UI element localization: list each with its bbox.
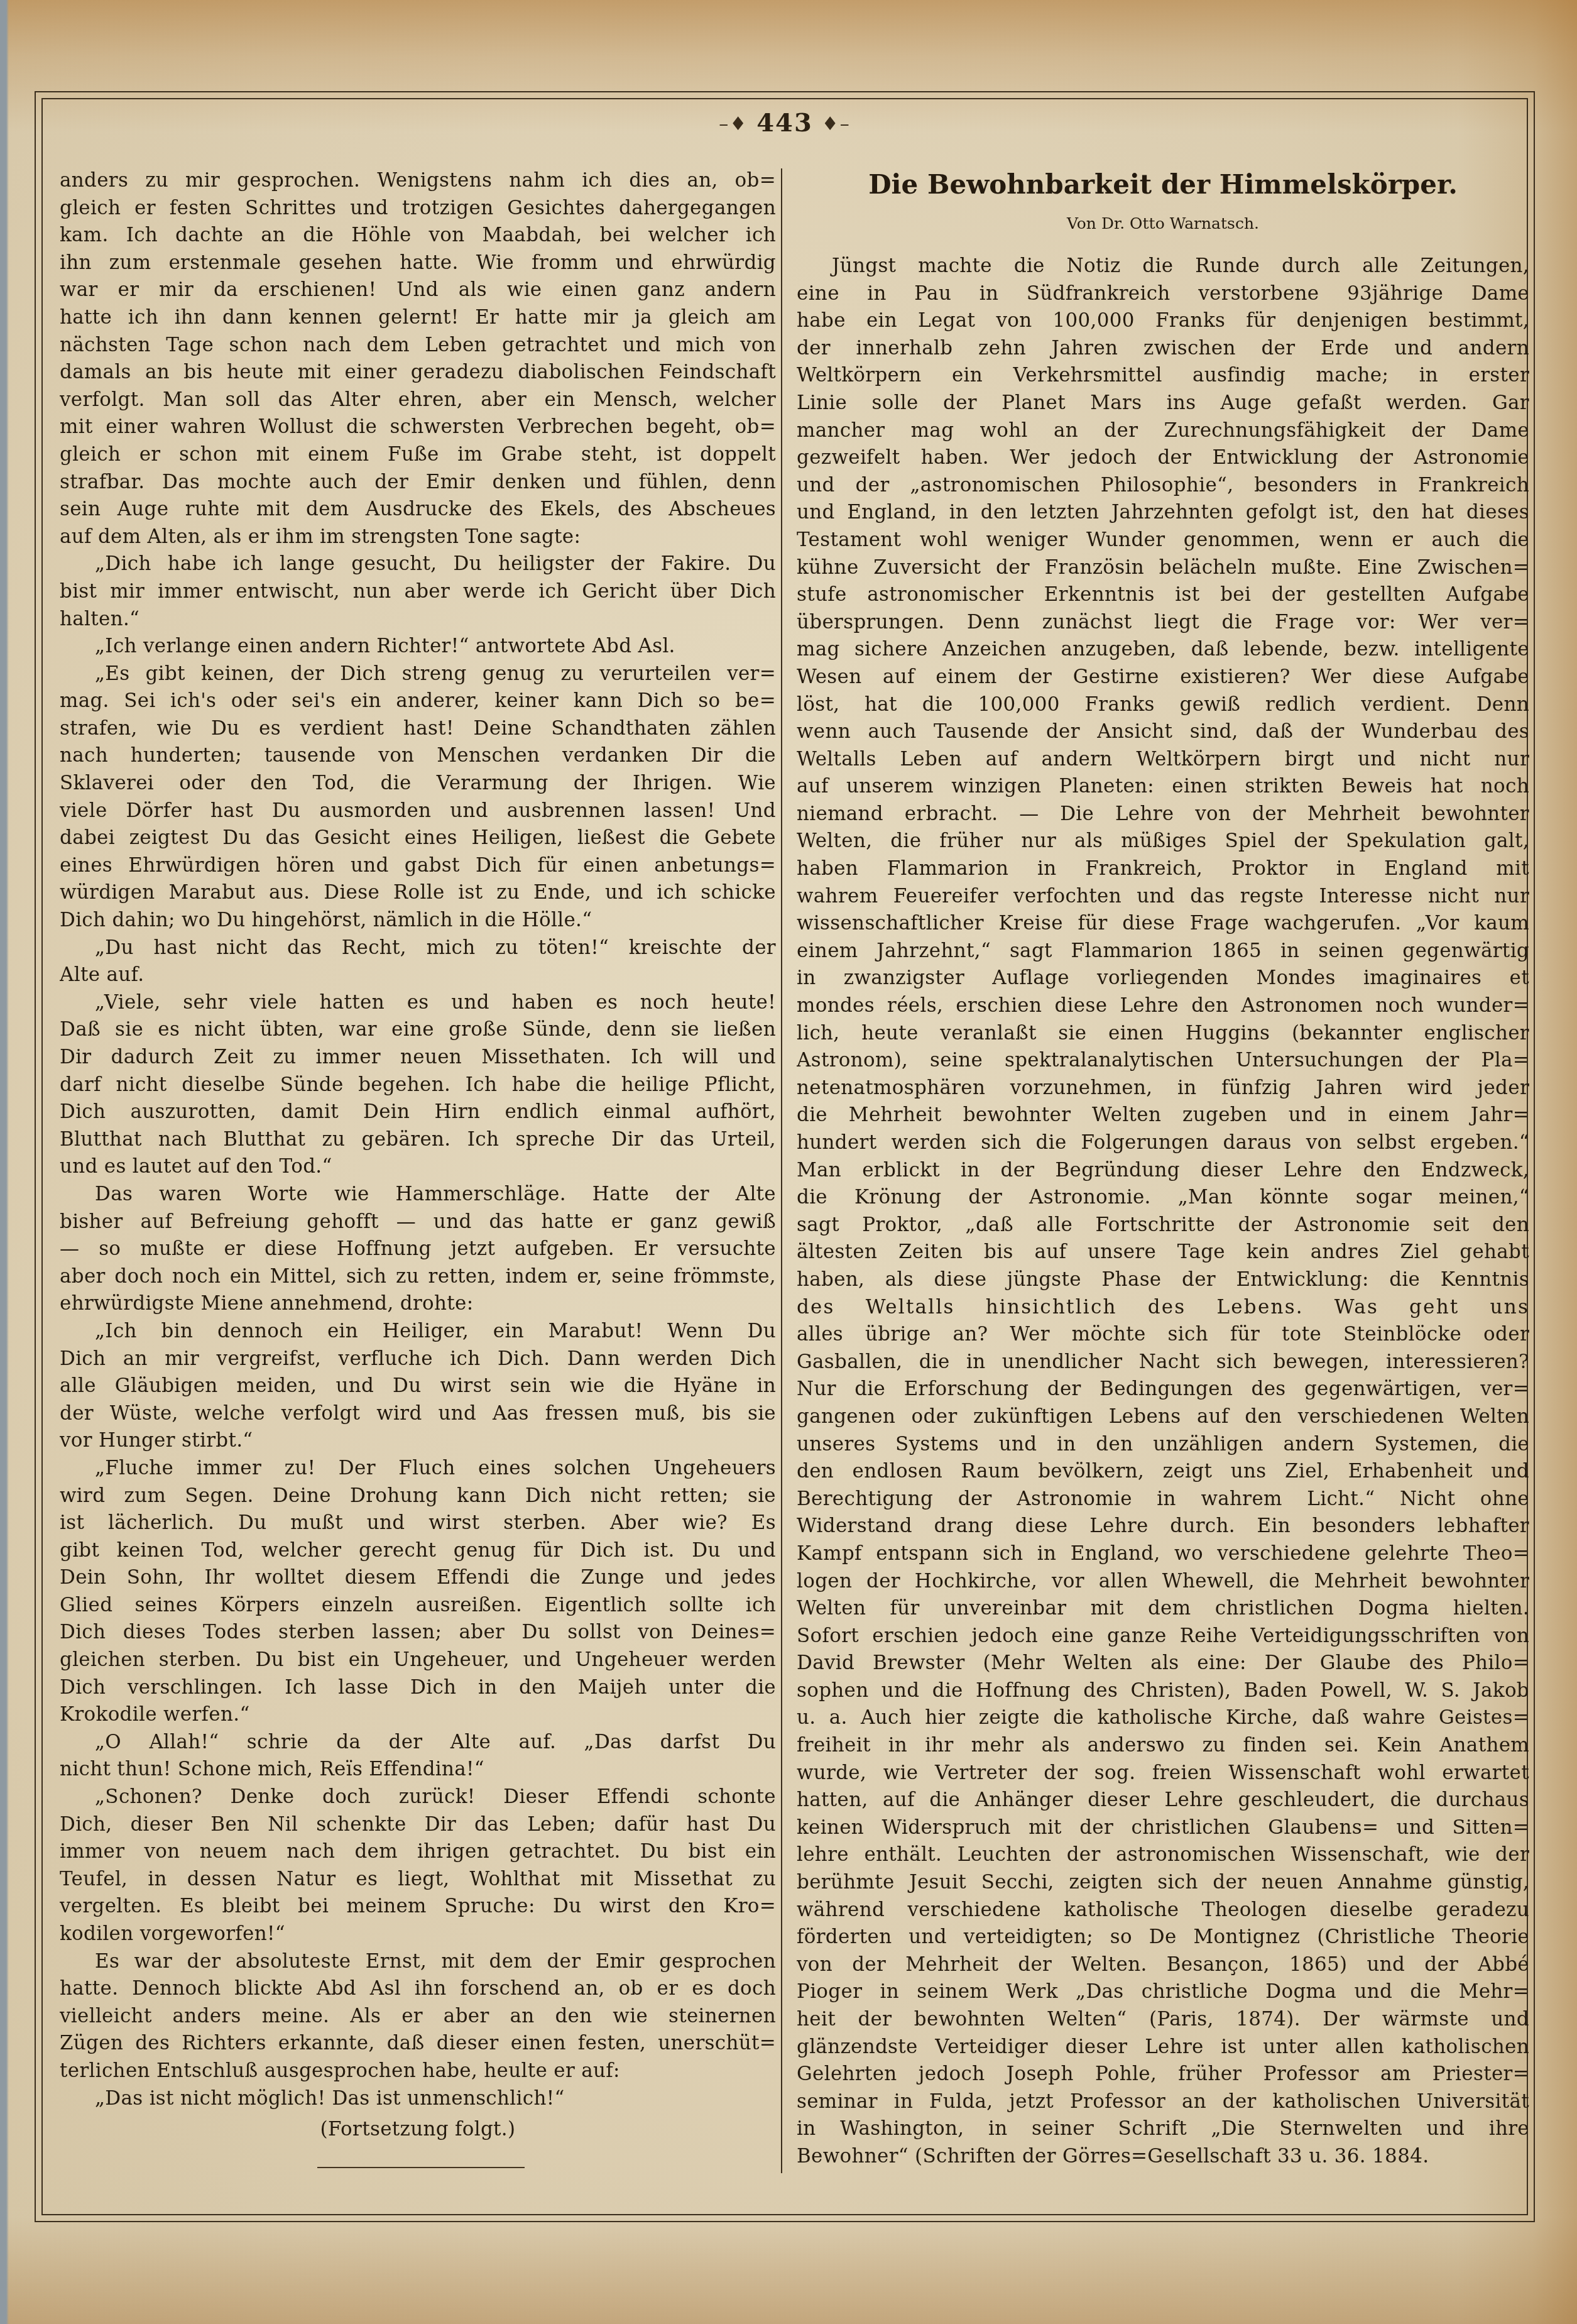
text-line: Dich an mir vergreifst, verfluche ich Di… [60, 1346, 776, 1373]
text-line: „Du hast nicht das Recht, mich zu töten!… [60, 935, 776, 962]
text-line: sein Auge ruhte mit dem Ausdrucke des Ek… [60, 496, 776, 523]
text-line: löst, hat die 100,000 Franks gewiß redli… [797, 691, 1529, 719]
text-line: Blutthat nach Blutthat zu gebären. Ich s… [60, 1126, 776, 1154]
text-line: Krokodile werfen.“ [60, 1701, 776, 1729]
text-line: haben, als diese jüngste Phase der Entwi… [797, 1266, 1529, 1294]
text-line: Pioger in seinem Werk „Das christliche D… [797, 1978, 1529, 2006]
text-line: Zügen des Richters erkannte, daß dieser … [60, 2030, 776, 2058]
text-line: Jüngst machte die Notiz die Runde durch … [797, 253, 1529, 280]
text-line: aber doch noch ein Mittel, sich zu rette… [60, 1263, 776, 1291]
text-line: mondes réels, erschien diese Lehre den A… [797, 992, 1529, 1020]
text-line: glänzendste Verteidiger dieser Lehre ist… [797, 2034, 1529, 2061]
text-line: Welten, die früher nur als müßiges Spiel… [797, 828, 1529, 855]
header-ornament-left-icon: –♦ [710, 113, 756, 135]
text-line: in zwanzigster Auflage vorliegenden Mond… [797, 965, 1529, 992]
text-line: bisher auf Befreiung gehofft — und das h… [60, 1209, 776, 1236]
text-line: gezweifelt haben. Wer jedoch der Entwick… [797, 444, 1529, 472]
text-line: eine in Pau in Südfrankreich verstorbene… [797, 280, 1529, 308]
text-line: der innerhalb zehn Jahren zwischen der E… [797, 335, 1529, 363]
text-line: Daß sie es nicht übten, war eine große S… [60, 1016, 776, 1044]
text-line: wahrem Feuereifer verfochten und das reg… [797, 883, 1529, 911]
text-line: u. a. Auch hier zeigte die katholische K… [797, 1704, 1529, 1732]
text-line: ehrwürdigste Miene annehmend, drohte: [60, 1290, 776, 1318]
text-line: Testament wohl weniger Wunder genommen, … [797, 527, 1529, 554]
text-line: logen der Hochkirche, vor allen Whewell,… [797, 1568, 1529, 1596]
text-line: netenatmosphären vorzunehmen, in fünfzig… [797, 1075, 1529, 1102]
text-line: anders zu mir gesprochen. Wenigstens nah… [60, 167, 776, 195]
text-line: mancher mag wohl an der Zurechnungsfähig… [797, 417, 1529, 445]
text-line: Berechtigung der Astronomie in wahrem Li… [797, 1486, 1529, 1513]
text-line: lich, heute veranlaßt sie einen Huggins … [797, 1020, 1529, 1048]
text-line: seminar in Fulda, jetzt Professor an der… [797, 2088, 1529, 2116]
text-line: Gelehrten jedoch Joseph Pohle, früher Pr… [797, 2061, 1529, 2088]
text-line: Linie solle der Planet Mars ins Auge gef… [797, 390, 1529, 417]
page-number: 443 [756, 108, 813, 138]
text-line: hatte. Dennoch blickte Abd Asl ihn forsc… [60, 1975, 776, 2003]
text-line: (Fortsetzung folgt.) [60, 2116, 776, 2144]
text-line: Das waren Worte wie Hammerschläge. Hatte… [60, 1181, 776, 1209]
text-line: keinen Widerspruch mit der christlichen … [797, 1814, 1529, 1842]
text-line: Weltkörpern ein Verkehrsmittel ausfindig… [797, 362, 1529, 390]
text-line: „Schonen? Denke doch zurück! Dieser Effe… [60, 1784, 776, 1811]
text-line: Nur die Erforschung der Bedingungen des … [797, 1376, 1529, 1403]
text-line: vergelten. Es bleibt bei meinem Spruche:… [60, 1893, 776, 1921]
text-line: „Das ist nicht möglich! Das ist unmensch… [60, 2085, 776, 2113]
text-line: heit der bewohnten Welten“ (Paris, 1874)… [797, 2006, 1529, 2034]
text-line: mag sichere Anzeichen anzugeben, daß leb… [797, 636, 1529, 664]
text-line: Es war der absoluteste Ernst, mit dem de… [60, 1948, 776, 1976]
text-line: gleich er festen Schrittes und trotzigen… [60, 195, 776, 222]
text-line: „Ich bin dennoch ein Heiliger, ein Marab… [60, 1318, 776, 1346]
text-line: übersprungen. Denn zunächst liegt die Fr… [797, 609, 1529, 637]
text-line: viele Dörfer hast Du ausmorden und ausbr… [60, 798, 776, 825]
text-line: Dich, dieser Ben Nil schenkte Dir das Le… [60, 1811, 776, 1839]
text-line: habe ein Legat von 100,000 Franks für de… [797, 307, 1529, 335]
text-line: ältesten Zeiten bis auf unsere Tage kein… [797, 1239, 1529, 1266]
text-line: damals an bis heute mit einer geradezu d… [60, 359, 776, 386]
text-line: mag. Sei ich's oder sei's ein anderer, k… [60, 688, 776, 715]
text-line: alle Gläubigen meiden, und Du wirst sein… [60, 1373, 776, 1400]
text-line: auf unserem winzigen Planeten: einen str… [797, 773, 1529, 801]
text-line: stufe astronomischer Erkenntnis ist bei … [797, 581, 1529, 609]
text-line: vielleicht anders meine. Als er aber an … [60, 2003, 776, 2031]
text-line: unseres Systems und in den unzähligen an… [797, 1431, 1529, 1459]
text-line: und der „astronomischen Philosophie“, be… [797, 472, 1529, 500]
text-line: „Ich verlange einen andern Richter!“ ant… [60, 633, 776, 660]
text-line: Sklaverei oder den Tod, die Verarmung de… [60, 770, 776, 798]
text-line: David Brewster (Mehr Welten als eine: De… [797, 1650, 1529, 1677]
text-line: die Mehrheit bewohnter Welten zugeben un… [797, 1102, 1529, 1129]
text-line: „Es gibt keinen, der Dich streng genug z… [60, 660, 776, 688]
text-line: — so mußte er diese Hoffnung jetzt aufge… [60, 1236, 776, 1263]
text-line: und England, in den letzten Jahrzehnten … [797, 499, 1529, 527]
article-body: Jüngst machte die Notiz die Runde durch … [797, 253, 1529, 2171]
text-line: strafbar. Das mochte auch der Emir denke… [60, 469, 776, 496]
text-line: Man erblickt in der Begründung dieser Le… [797, 1157, 1529, 1185]
article-title: Die Bewohnbarkeit der Himmelskörper. [797, 167, 1529, 205]
text-line: Astronom), seine spektralanalytischen Un… [797, 1047, 1529, 1075]
text-line: Teufel, in dessen Natur es liegt, Wohlth… [60, 1866, 776, 1894]
text-line: „Fluche immer zu! Der Fluch eines solche… [60, 1455, 776, 1483]
text-line: hatten, auf die Anhänger dieser Lehre ge… [797, 1787, 1529, 1814]
text-line: war er mir da erschienen! Und als wie ei… [60, 277, 776, 304]
text-line: nächsten Tage schon nach dem Leben getra… [60, 332, 776, 359]
text-line: Alte auf. [60, 962, 776, 989]
text-line: Dein Sohn, Ihr wolltet diesem Effendi di… [60, 1564, 776, 1592]
text-line: sagt Proktor, „daß alle Fortschritte der… [797, 1212, 1529, 1239]
text-line: „O Allah!“ schrie da der Alte auf. „Das … [60, 1729, 776, 1757]
text-line: terlichen Entschluß ausgesprochen habe, … [60, 2058, 776, 2085]
section-end-rule [317, 2167, 525, 2168]
article-byline: Von Dr. Otto Warnatsch. [797, 211, 1529, 236]
text-line: wenn auch Tausende der Ansicht sind, daß… [797, 718, 1529, 746]
text-line: hatte ich ihn dann kennen gelernt! Er ha… [60, 304, 776, 332]
text-line: lehre enthält. Leuchten der astronomisch… [797, 1841, 1529, 1869]
text-line: gleichen sterben. Du bist ein Ungeheuer,… [60, 1647, 776, 1674]
page-header: –♦443♦– [35, 108, 1535, 138]
column-divider-rule [781, 168, 782, 2173]
text-line: kodilen vorgeworfen!“ [60, 1921, 776, 1948]
text-line: in Washington, in seiner Schrift „Die St… [797, 2115, 1529, 2143]
text-line: Dich auszurotten, damit Dein Hirn endlic… [60, 1099, 776, 1126]
text-line: wird zum Segen. Deine Drohung kann Dich … [60, 1483, 776, 1510]
right-column: Die Bewohnbarkeit der Himmelskörper. Von… [797, 167, 1529, 2171]
text-line: Weltalls Leben auf andern Weltkörpern bi… [797, 746, 1529, 774]
text-line: Glied seines Körpers einzeln ausreißen. … [60, 1592, 776, 1620]
text-line: ihn zum erstenmale gesehen hatte. Wie fr… [60, 249, 776, 277]
text-line: „Viele, sehr viele hatten es und haben e… [60, 989, 776, 1017]
text-line: freiheit in ihr mehr als anderswo zu fin… [797, 1732, 1529, 1760]
text-line: nach hunderten; tausende von Menschen ve… [60, 742, 776, 770]
text-line: würdigen Marabut aus. Diese Rolle ist zu… [60, 879, 776, 907]
text-line: hundert werden sich die Folgerungen dara… [797, 1129, 1529, 1157]
text-line: darf nicht dieselbe Sünde begehen. Ich h… [60, 1072, 776, 1099]
text-line: während verschiedene katholische Theolog… [797, 1897, 1529, 1924]
text-line: einem Jahrzehnt,“ sagt Flammarion 1865 i… [797, 938, 1529, 965]
text-line: mit einer wahren Wollust die schwersten … [60, 414, 776, 441]
text-line: strafen, wie Du es verdient hast! Deine … [60, 715, 776, 743]
text-line: Gasballen, die in unendlicher Nacht sich… [797, 1349, 1529, 1376]
text-line: bist mir immer entwischt, nun aber werde… [60, 578, 776, 606]
text-line: Dir dadurch Zeit zu immer neuen Missetha… [60, 1044, 776, 1072]
text-line: Wesen auf einem der Gestirne existieren?… [797, 664, 1529, 691]
text-line: Kampf entspann sich in England, wo versc… [797, 1540, 1529, 1568]
text-line: der Wüste, welche verfolgt wird und Aas … [60, 1400, 776, 1428]
text-line: halten.“ [60, 606, 776, 633]
text-line: nicht thun! Schone mich, Reïs Effendina!… [60, 1756, 776, 1784]
text-line: kühne Zuversicht der Französin belächeln… [797, 554, 1529, 582]
text-line: die Krönung der Astronomie. „Man könnte … [797, 1184, 1529, 1212]
text-line: Widerstand drang diese Lehre durch. Ein … [797, 1513, 1529, 1540]
text-line: gleich er schon mit einem Fuße im Grabe … [60, 441, 776, 469]
text-line: wissenschaftlicher Kreise für diese Frag… [797, 910, 1529, 938]
text-line: auf dem Alten, als er ihm im strengsten … [60, 523, 776, 551]
text-line: Welten für unvereinbar mit dem christlic… [797, 1595, 1529, 1623]
text-line: kam. Ich dachte an die Höhle von Maabdah… [60, 222, 776, 249]
text-line: immer von neuem nach dem ihrigen getrach… [60, 1838, 776, 1866]
text-line: Dich verschlingen. Ich lasse Dich in den… [60, 1674, 776, 1702]
text-line: von der Mehrheit der Welten. Besançon, 1… [797, 1951, 1529, 1979]
text-line: gibt keinen Tod, welcher gerecht genug f… [60, 1537, 776, 1565]
text-line: dabei zeigtest Du das Gesicht eines Heil… [60, 825, 776, 852]
text-line: eines Ehrwürdigen hören und gabst Dich f… [60, 852, 776, 880]
text-line: Dich dieses Todes sterben lassen; aber D… [60, 1619, 776, 1647]
text-line: Sofort erschien jedoch eine ganze Reihe … [797, 1623, 1529, 1650]
text-line: förderten und verteidigten; so De Montig… [797, 1924, 1529, 1951]
text-line: und es lautet auf den Tod.“ [60, 1153, 776, 1181]
text-line: sophen und die Hoffnung des Christen), B… [797, 1677, 1529, 1705]
text-line: ist lächerlich. Du mußt und wirst sterbe… [60, 1510, 776, 1537]
text-line: Bewohner“ (Schriften der Görres=Gesellsc… [797, 2143, 1529, 2171]
text-line: niemand erbracht. — Die Lehre von der Me… [797, 801, 1529, 828]
text-line: des Weltalls hinsichtlich des Lebens. Wa… [797, 1294, 1529, 1322]
text-line: gangenen oder zukünftigen Lebens auf den… [797, 1403, 1529, 1431]
text-line: „Dich habe ich lange gesucht, Du heiligs… [60, 551, 776, 578]
text-line: den endlosen Raum bevölkern, zeigt uns Z… [797, 1458, 1529, 1486]
text-line: alles übrige an? Wer möchte sich für tot… [797, 1321, 1529, 1349]
scanned-book-page: –♦443♦– anders zu mir gesprochen. Wenigs… [0, 0, 1577, 2324]
text-line: wurde, wie Vertreter der sog. freien Wis… [797, 1760, 1529, 1787]
text-line: Dich dahin; wo Du hingehörst, nämlich in… [60, 907, 776, 935]
text-line: berühmte Jesuit Secchi, zeigten sich der… [797, 1869, 1529, 1897]
header-ornament-right-icon: ♦– [813, 113, 859, 135]
left-column: anders zu mir gesprochen. Wenigstens nah… [60, 167, 776, 2144]
text-line: haben Flammarion in Frankreich, Proktor … [797, 855, 1529, 883]
text-line: verfolgt. Man soll das Alter ehren, aber… [60, 386, 776, 414]
text-line: vor Hunger stirbt.“ [60, 1427, 776, 1455]
